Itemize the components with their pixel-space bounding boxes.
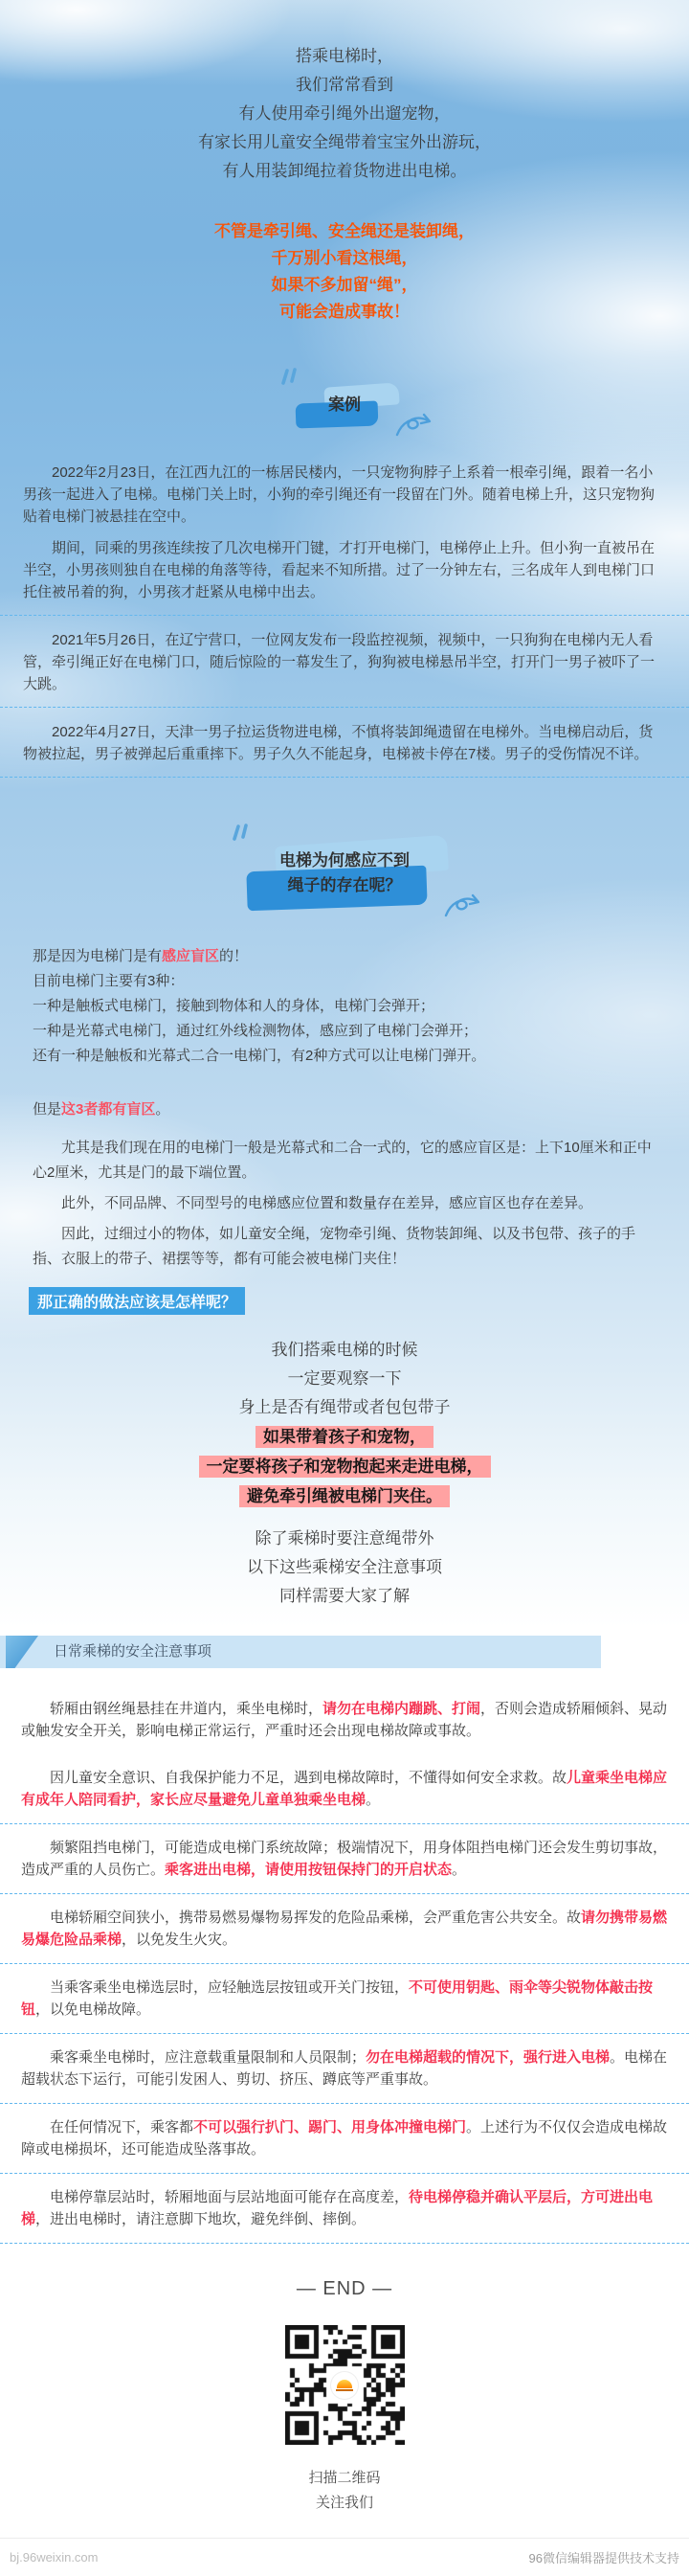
advice-highlight-line: 如果带着孩子和宠物， [0, 1422, 689, 1452]
advice-outro-line: 以下这些乘梯安全注意事项 [0, 1553, 689, 1582]
triangle-icon [6, 1636, 38, 1668]
footer-credit: 96微信编辑器提供技术支持 [529, 2548, 679, 2566]
intro-line: 有人用装卸绳拉着货物进出电梯。 [0, 157, 689, 186]
safety-list: 轿厢由钢丝绳悬挂在井道内，乘坐电梯时，请勿在电梯内蹦跳、打闹，否则会造成轿厢倾斜… [0, 1685, 689, 2244]
safety-item: 当乘客乘坐电梯选层时，应轻触选层按钮或开关门按钮，不可使用钥匙、雨伞等尖锐物体敲… [0, 1964, 689, 2034]
safety-item: 频繁阻挡电梯门，可能造成电梯门系统故障；极端情况下，用身体阻挡电梯门还会发生剪切… [0, 1824, 689, 1894]
intro-line: 有家长用儿童安全绳带着宝宝外出游玩， [0, 128, 689, 157]
advice-line: 一定要观察一下 [0, 1365, 689, 1393]
safety-item: 轿厢由钢丝绳悬挂在井道内，乘坐电梯时，请勿在电梯内蹦跳、打闹，否则会造成轿厢倾斜… [0, 1685, 689, 1754]
qr-caption: 关注我们 [0, 2491, 689, 2516]
warning-line: 如果不多加留“绳”， [0, 272, 689, 299]
question-badge-row: 电梯为何感应不到 绳子的存在呢？ [0, 841, 689, 906]
curly-arrow-icon [442, 891, 486, 921]
case-paragraph: 期间，同乘的男孩连续按了几次电梯开门键，才打开电梯门，电梯停止上升。但小狗一直被… [0, 537, 689, 616]
pink-highlight-text: 避免牵引绳被电梯门夹住。 [239, 1485, 450, 1507]
pink-highlight-text: 如果带着孩子和宠物， [256, 1426, 433, 1448]
footer-site-url: bj.96weixin.com [10, 2550, 99, 2565]
case-paragraph: 2021年5月26日，在辽宁营口，一位网友发布一段监控视频，视频中，一只狗狗在电… [0, 629, 689, 708]
case-paragraph: 2022年2月23日，在江西九江的一栋居民楼内，一只宠物狗脖子上系着一根牵引绳，… [0, 462, 689, 528]
case-badge: 案例 [301, 385, 388, 425]
advice-highlight-line: 避免牵引绳被电梯门夹住。 [0, 1481, 689, 1511]
case-badge-label: 案例 [328, 393, 361, 418]
intro-line: 搭乘电梯时， [0, 42, 689, 71]
advice-outro-line: 除了乘梯时要注意绳带外 [0, 1525, 689, 1553]
intro-section: 搭乘电梯时， 我们常常看到 有人使用牵引绳外出遛宠物， 有家长用儿童安全绳带着宝… [0, 0, 689, 186]
intro-line: 我们常常看到 [0, 71, 689, 100]
practice-question-chip: 那正确的做法应该是怎样呢？ [29, 1287, 245, 1315]
door-type-line: 还有一种是触板和光幕式二合一电梯门，有2种方式可以让电梯门弹开。 [33, 1044, 656, 1069]
tick-marks-icon [230, 820, 253, 843]
curly-arrow-icon [393, 410, 437, 441]
qr-caption: 扫描二维码 [0, 2466, 689, 2491]
explanation-section: 那是因为电梯门是有感应盲区的！ 目前电梯门主要有3种： 一种是触板式电梯门，接触… [0, 944, 689, 1272]
end-marker: — END — [0, 2278, 689, 2300]
explain-paragraph: 此外，不同品牌、不同型号的电梯感应位置和数量存在差异，感应盲区也存在差异。 [33, 1191, 656, 1216]
warning-line: 不管是牵引绳、安全绳还是装卸绳， [0, 218, 689, 245]
advice-outro-line: 同样需要大家了解 [0, 1582, 689, 1611]
question-line-1: 电梯为何感应不到 [279, 848, 410, 873]
safety-section-header: 日常乘梯的安全注意事项 [0, 1636, 601, 1668]
warning-line: 可能会造成事故！ [0, 299, 689, 326]
case-badge-row: 案例 [0, 385, 689, 425]
red-highlight-text: 乘客进出电梯，请使用按钮保持门的开启状态 [165, 1862, 452, 1878]
pink-highlight-text: 一定要将孩子和宠物抱起来走进电梯， [199, 1456, 491, 1478]
advice-section: 我们搭乘电梯的时候 一定要观察一下 身上是否有绳带或者包包带子 如果带着孩子和宠… [0, 1336, 689, 1611]
page-footer: bj.96weixin.com 96微信编辑器提供技术支持 [0, 2538, 689, 2576]
article-page: 搭乘电梯时， 我们常常看到 有人使用牵引绳外出遛宠物， 有家长用儿童安全绳带着宝… [0, 0, 689, 2576]
safety-item: 乘客乘坐电梯时，应注意载重量限制和人员限制；勿在电梯超载的情况下，强行进入电梯。… [0, 2034, 689, 2104]
red-highlight-text: 不可以强行扒门、踢门、用身体冲撞电梯门 [193, 2119, 466, 2135]
explain-blind-zone-line: 那是因为电梯门是有感应盲区的！ [33, 944, 656, 969]
advice-line: 身上是否有绳带或者包包带子 [0, 1393, 689, 1422]
explain-paragraph: 尤其是我们现在用的电梯门一般是光幕式和二合一式的，它的感应盲区是：上下10厘米和… [33, 1136, 656, 1186]
safety-item: 电梯停靠层站时，轿厢地面与层站地面可能存在高度差，待电梯停稳并确认平层后，方可进… [0, 2174, 689, 2244]
tick-marks-icon [278, 364, 301, 387]
intro-line: 有人使用牵引绳外出遛宠物， [0, 100, 689, 128]
qr-code-box [276, 2316, 414, 2454]
case-paragraph: 2022年4月27日，天津一男子拉运货物进电梯，不慎将装卸绳遗留在电梯外。当电梯… [0, 721, 689, 778]
door-type-line: 一种是光幕式电梯门，通过红外线检测物体，感应到了电梯门会弹开； [33, 1019, 656, 1044]
safety-section-title: 日常乘梯的安全注意事项 [54, 1643, 211, 1660]
sunrise-icon [337, 2380, 352, 2388]
red-highlight-text: 感应盲区 [162, 948, 219, 964]
explain-paragraph: 因此，过细过小的物体，如儿童安全绳，宠物牵引绳、货物装卸绳、以及书包带、孩子的手… [33, 1222, 656, 1272]
question-badge: 电梯为何感应不到 绳子的存在呢？ [253, 841, 436, 906]
explain-but-line: 但是这3者都有盲区。 [33, 1097, 656, 1122]
qr-center-logo [331, 2372, 358, 2399]
warning-section: 不管是牵引绳、安全绳还是装卸绳， 千万别小看这根绳， 如果不多加留“绳”， 可能… [0, 218, 689, 326]
advice-line: 我们搭乘电梯的时候 [0, 1336, 689, 1365]
red-highlight-text: 请勿在电梯内蹦跳、打闹 [322, 1701, 480, 1717]
red-highlight-text: 勿在电梯超载的情况下，强行进入电梯 [366, 2049, 610, 2066]
warning-line: 千万别小看这根绳， [0, 245, 689, 272]
safety-item: 电梯轿厢空间狭小，携带易燃易爆物易挥发的危险品乘梯，会严重危害公共安全。故请勿携… [0, 1894, 689, 1964]
red-highlight-text: 这3者都有盲区 [61, 1101, 155, 1118]
question-line-2: 绳子的存在呢？ [279, 873, 410, 898]
case-section: 2022年2月23日，在江西九江的一栋居民楼内，一只宠物狗脖子上系着一根牵引绳，… [0, 462, 689, 778]
door-type-line: 目前电梯门主要有3种： [33, 969, 656, 994]
safety-item: 因儿童安全意识、自我保护能力不足，遇到电梯故障时，不懂得如何安全求救。故儿童乘坐… [0, 1754, 689, 1824]
advice-highlight-line: 一定要将孩子和宠物抱起来走进电梯， [0, 1452, 689, 1481]
safety-item: 在任何情况下，乘客都不可以强行扒门、踢门、用身体冲撞电梯门。上述行为不仅仅会造成… [0, 2104, 689, 2174]
door-type-line: 一种是触板式电梯门，接触到物体和人的身体，电梯门会弹开； [33, 994, 656, 1019]
question-badge-text: 电梯为何感应不到 绳子的存在呢？ [279, 848, 410, 898]
